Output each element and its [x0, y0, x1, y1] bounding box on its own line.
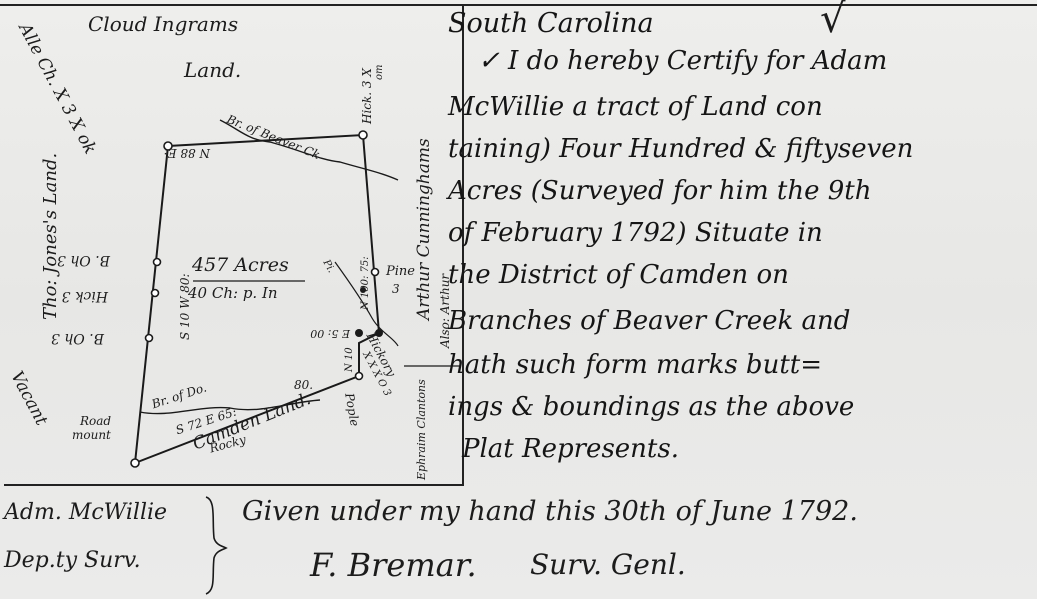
signature: F. Bremar.	[310, 546, 477, 584]
certificate-line-7: Branches of Beaver Creek and	[448, 306, 850, 336]
bearing-east-line: N 100: 75:	[360, 256, 371, 310]
surveyor-name: Adm. McWillie	[4, 500, 167, 525]
certificate-line-8: hath such form marks butt=	[448, 350, 822, 380]
neighbor-southeast: Ephraim Clantons	[415, 379, 428, 480]
pine-label: Pine	[386, 264, 415, 279]
neighbor-east: Arthur Cunninghams	[414, 138, 434, 320]
bearing-se-offset: E 5: 00	[310, 327, 350, 340]
bearing-south-distance: 80.	[294, 378, 313, 392]
certificate-line-6: the District of Camden on	[448, 260, 789, 290]
west-mark-2: Hick 3	[62, 288, 108, 304]
hickory-ne-sub: om	[374, 64, 385, 80]
hickory-ne-label: Hick. 3 X	[360, 68, 374, 124]
west-mark-3: B. Oh 3	[51, 330, 104, 346]
road-sub-label: mount	[72, 428, 111, 442]
neighbor-north-line1: Cloud Ingrams	[88, 12, 238, 36]
acreage-label: 457 Acres	[192, 254, 289, 276]
certificate-line-5: of February 1792) Situate in	[448, 218, 823, 248]
signature-title: Surv. Genl.	[530, 548, 686, 581]
given-under-hand-line: Given under my hand this 30th of June 17…	[242, 496, 858, 527]
bearing-se-small: N 10	[344, 347, 355, 372]
certificate-line-10: Plat Represents.	[462, 434, 679, 464]
survey-plat-document: Cloud Ingrams Land. Alle Ch. X 3 X ok Th…	[0, 0, 1037, 599]
bearing-west-line: S 10 W 80:	[178, 273, 192, 340]
road-label: Road	[80, 414, 111, 428]
west-mark-1: B. Oh 3	[57, 252, 110, 268]
certificate-line-3: taining) Four Hundred & fiftyseven	[448, 134, 913, 164]
surveyor-title: Dep.ty Surv.	[4, 548, 141, 573]
certificate-line-1: ✓ I do hereby Certify for Adam	[478, 46, 887, 76]
neighbor-west: Tho: Jones's Land.	[40, 153, 61, 320]
check-mark-icon: √	[820, 0, 846, 42]
scale-label: 40 Ch: p. In	[188, 284, 278, 302]
certificate-line-4: Acres (Surveyed for him the 9th	[448, 176, 871, 206]
certificate-line-9: ings & boundings as the above	[448, 392, 854, 422]
bearing-north-line: N 88 E:	[164, 146, 210, 160]
certificate-line-2: McWillie a tract of Land con	[448, 92, 823, 122]
neighbor-north-line2: Land.	[184, 58, 241, 82]
certificate-state: South Carolina	[448, 8, 654, 39]
pine-number: 3	[392, 282, 400, 296]
